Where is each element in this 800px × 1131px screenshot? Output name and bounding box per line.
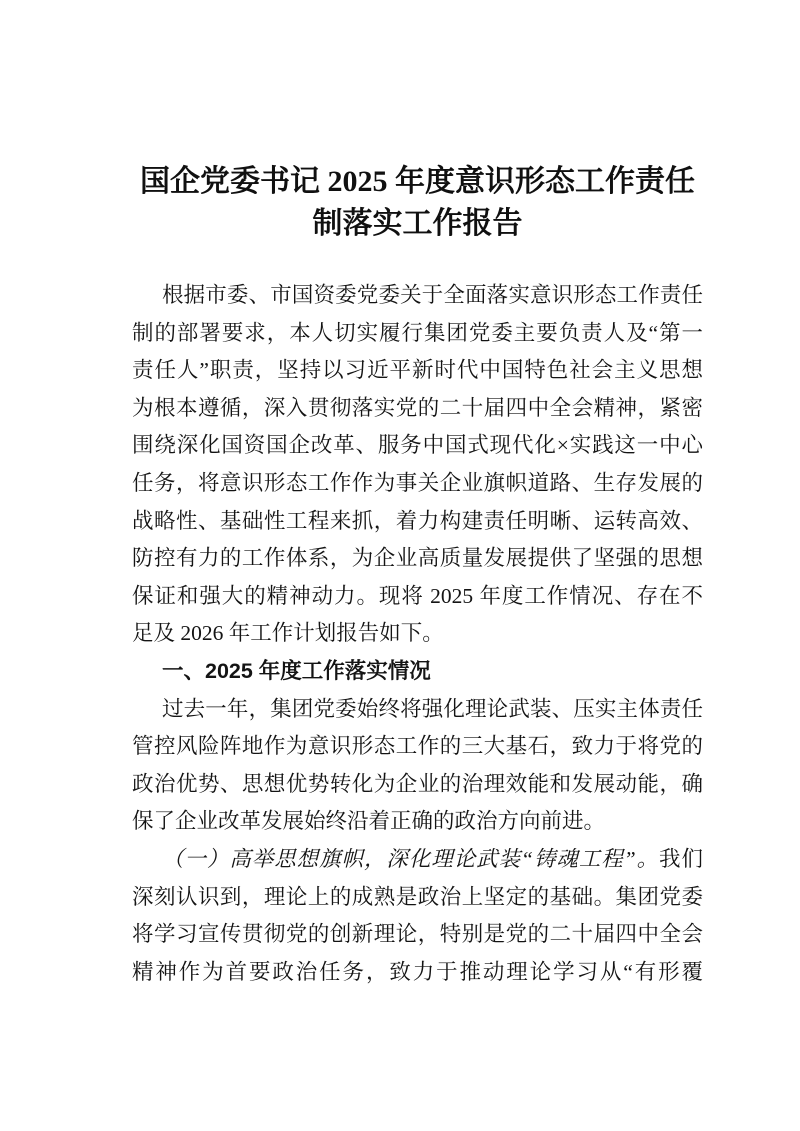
text-line: 保了企业改革发展始终沿着正确的政治方向前进。 [132,803,703,841]
paragraph: 过去一年，集团党委始终将强化理论武装、压实主体责任管控风险阵地作为意识形态工作的… [132,691,703,841]
text-line: 责任人”职责，坚持以习近平新时代中国特色社会主义思想 [132,352,703,390]
text-line: 一、2025 年度工作落实情况 [132,653,703,691]
paragraph: （一）高举思想旗帜，深化理论武装“铸魂工程”。我们深刻认识到，理论上的成熟是政治… [132,841,703,991]
paragraph: 根据市委、市国资委党委关于全面落实意识形态工作责任制的部署要求，本人切实履行集团… [132,277,703,653]
text-line: 战略性、基础性工程来抓，着力构建责任明晰、运转高效、 [132,503,703,541]
text-line: （一）高举思想旗帜，深化理论武装“铸魂工程”。我们 [132,841,703,879]
text-line: 将学习宣传贯彻党的创新理论，特别是党的二十届四中全会 [132,916,703,954]
document-title: 国企党委书记 2025 年度意识形态工作责任 制落实工作报告 [132,161,703,245]
text-line: 根据市委、市国资委党委关于全面落实意识形态工作责任 [132,277,703,315]
text-line: 围绕深化国资国企改革、服务中国式现代化×实践这一中心 [132,427,703,465]
document-body: 根据市委、市国资委党委关于全面落实意识形态工作责任制的部署要求，本人切实履行集团… [132,277,703,991]
text-line: 政治优势、思想优势转化为企业的治理效能和发展动能，确 [132,766,703,804]
text-line: 防控有力的工作体系，为企业高质量发展提供了坚强的思想 [132,540,703,578]
regular-text: 我们 [659,847,703,871]
document-page: 国企党委书记 2025 年度意识形态工作责任 制落实工作报告 根据市委、市国资委… [0,0,800,1131]
document-content: 国企党委书记 2025 年度意识形态工作责任 制落实工作报告 根据市委、市国资委… [132,161,703,991]
text-line: 精神作为首要政治任务，致力于推动理论学习从“有形覆 [132,954,703,992]
text-line: 保证和强大的精神动力。现将 2025 年度工作情况、存在不 [132,578,703,616]
text-line: 足及 2026 年工作计划报告如下。 [132,615,703,653]
text-line: 任务，将意识形态工作作为事关企业旗帜道路、生存发展的 [132,465,703,503]
kai-style-heading-text: （一）高举思想旗帜，深化理论武装“铸魂工程”。 [162,847,659,871]
section-heading: 一、2025 年度工作落实情况 [132,653,703,691]
text-line: 制的部署要求，本人切实履行集团党委主要负责人及“第一 [132,315,703,353]
document-title-line-1: 国企党委书记 2025 年度意识形态工作责任 [132,161,703,203]
text-line: 为根本遵循，深入贯彻落实党的二十届四中全会精神，紧密 [132,390,703,428]
text-line: 过去一年，集团党委始终将强化理论武装、压实主体责任 [132,691,703,729]
text-line: 深刻认识到，理论上的成熟是政治上坚定的基础。集团党委 [132,879,703,917]
text-line: 管控风险阵地作为意识形态工作的三大基石，致力于将党的 [132,728,703,766]
document-title-line-2: 制落实工作报告 [132,203,703,245]
